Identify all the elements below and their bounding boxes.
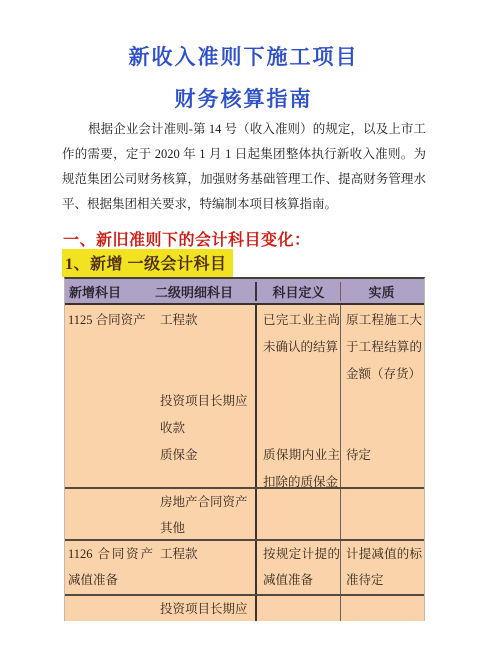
row1-account: 1125 合同资产 bbox=[68, 307, 153, 334]
row3-detail1: 工程款 bbox=[160, 541, 255, 567]
subsection-heading: 1、新增 一级会计科目 bbox=[62, 249, 233, 277]
table-row: 投资项目长期应 bbox=[65, 596, 424, 621]
document-title: 新收入准则下施工项目 财务核算指南 bbox=[62, 36, 425, 120]
header-new-account: 新增科目 bbox=[65, 282, 155, 301]
row4-detail1: 投资项目长期应 bbox=[160, 596, 255, 621]
account-changes-table: 新增科目 二级明细科目 科目定义 实质 1125 合同资产 工程款 投资项目长期… bbox=[64, 277, 425, 621]
document-page: 新收入准则下施工项目 财务核算指南 根据企业会计准则-第 14 号（收入准则）的… bbox=[0, 0, 500, 664]
row2-account-cell bbox=[65, 489, 155, 539]
row2-detail2: 其他 bbox=[160, 515, 255, 539]
row1-definition-cell: 已完工业主尚未确认的结算 质保期内业主扣除的质保金 bbox=[255, 305, 340, 487]
table-header-row: 新增科目 二级明细科目 科目定义 实质 bbox=[65, 279, 424, 305]
section-heading: 一、新旧准则下的会计科目变化： bbox=[63, 227, 311, 250]
row3-definition-cell: 按规定计提的减值准备 bbox=[255, 541, 340, 594]
row2-definition-cell bbox=[255, 489, 340, 539]
row1-detail3-definition: 质保期内业主扣除的质保金 bbox=[263, 442, 340, 487]
row3-essence: 计提减值的标准待定 bbox=[346, 541, 422, 593]
row1-detail-cell: 工程款 投资项目长期应收款 质保金 bbox=[155, 305, 255, 487]
title-line-1: 新收入准则下施工项目 bbox=[62, 36, 425, 78]
row3-account-cell: 1126 合同资产减值准备 bbox=[65, 541, 155, 594]
row4-account-cell bbox=[65, 596, 155, 621]
row4-detail-cell: 投资项目长期应 bbox=[155, 596, 255, 621]
table-row: 房地产合同资产 其他 bbox=[65, 489, 424, 541]
row1-account-cell: 1125 合同资产 bbox=[65, 305, 155, 487]
table-row: 1126 合同资产减值准备 工程款 按规定计提的减值准备 计提减值的标准待定 bbox=[65, 541, 424, 596]
row1-detail3-essence: 待定 bbox=[346, 442, 422, 469]
title-line-2: 财务核算指南 bbox=[62, 78, 425, 120]
row4-essence-cell bbox=[340, 596, 424, 621]
row2-essence-cell bbox=[340, 489, 424, 539]
header-essence: 实质 bbox=[340, 282, 424, 301]
row1-detail1: 工程款 bbox=[160, 307, 255, 334]
row2-detail-cell: 房地产合同资产 其他 bbox=[155, 489, 255, 539]
header-secondary-detail: 二级明细科目 bbox=[155, 282, 255, 301]
subsection-heading-highlight: 1、新增 一级会计科目 bbox=[62, 249, 233, 277]
table-row: 1125 合同资产 工程款 投资项目长期应收款 质保金 已完工业主尚未确认的结算… bbox=[65, 305, 424, 489]
header-definition: 科目定义 bbox=[255, 282, 340, 301]
row3-definition: 按规定计提的减值准备 bbox=[263, 541, 340, 593]
row1-detail1-definition: 已完工业主尚未确认的结算 bbox=[263, 307, 340, 361]
row3-essence-cell: 计提减值的标准待定 bbox=[340, 541, 424, 594]
intro-paragraph: 根据企业会计准则-第 14 号（收入准则）的规定，以及上市工作的需要，定于 20… bbox=[62, 117, 426, 217]
row1-detail3: 质保金 bbox=[160, 442, 255, 469]
row3-detail-cell: 工程款 bbox=[155, 541, 255, 594]
row1-detail2: 投资项目长期应收款 bbox=[160, 388, 255, 442]
row1-essence-cell: 原工程施工大于工程结算的金额（存货） 待定 bbox=[340, 305, 424, 487]
row2-detail1: 房地产合同资产 bbox=[160, 489, 255, 515]
row4-definition-cell bbox=[255, 596, 340, 621]
row3-account: 1126 合同资产减值准备 bbox=[68, 541, 153, 593]
row1-detail1-essence: 原工程施工大于工程结算的金额（存货） bbox=[346, 307, 422, 388]
